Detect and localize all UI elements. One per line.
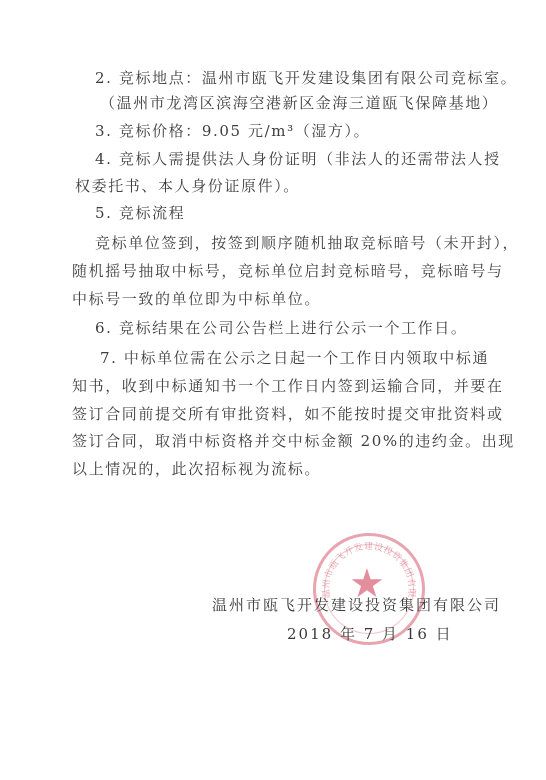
item-3-price: 3. 竞标价格：9.05 元/m³（湿方）。: [95, 122, 370, 140]
item-2-location: 2. 竞标地点：温州市瓯飞开发建设集团有限公司竞标室。: [95, 69, 517, 87]
item-7-body-1: 7. 中标单位需在公示之日起一个工作日内领取中标通: [100, 349, 489, 367]
item-6-result: 6. 竞标结果在公司公告栏上进行公示一个工作日。: [95, 319, 467, 337]
item-4-requirements-cont: 权委托书、本人身份证原件）。: [75, 177, 300, 195]
signature-company: 温州市瓯飞开发建设投资集团有限公司: [212, 594, 501, 615]
item-7-body-5: 以上情况的，此次招标视为流标。: [72, 460, 321, 478]
item-2-address: （温州市龙湾区滨海空港新区金海三道瓯飞保障基地）: [100, 94, 498, 112]
item-5-body-2: 随机摇号抽取中标号，竞标单位启封竞标暗号，竞标暗号与: [72, 262, 504, 280]
item-7-body-3: 签订合同前提交所有审批资料，如不能按时提交审批资料或: [72, 405, 504, 423]
item-4-requirements: 4. 竞标人需提供法人身份证明（非法人的还需带法人授: [95, 150, 501, 168]
item-5-body-3: 中标号一致的单位即为中标单位。: [72, 290, 321, 308]
item-7-body-2: 知书，收到中标通知书一个工作日内签到运输合同，并要在: [72, 377, 504, 395]
signature-date: 2018 年 7 月 16 日: [287, 623, 453, 644]
item-5-body-1: 竞标单位签到，按签到顺序随机抽取竞标暗号（未开封），: [95, 234, 519, 252]
item-5-heading: 5. 竞标流程: [95, 204, 185, 222]
item-7-body-4: 签订合同，取消中标资格并交中标金额 20%的违约金。出现: [72, 432, 515, 450]
